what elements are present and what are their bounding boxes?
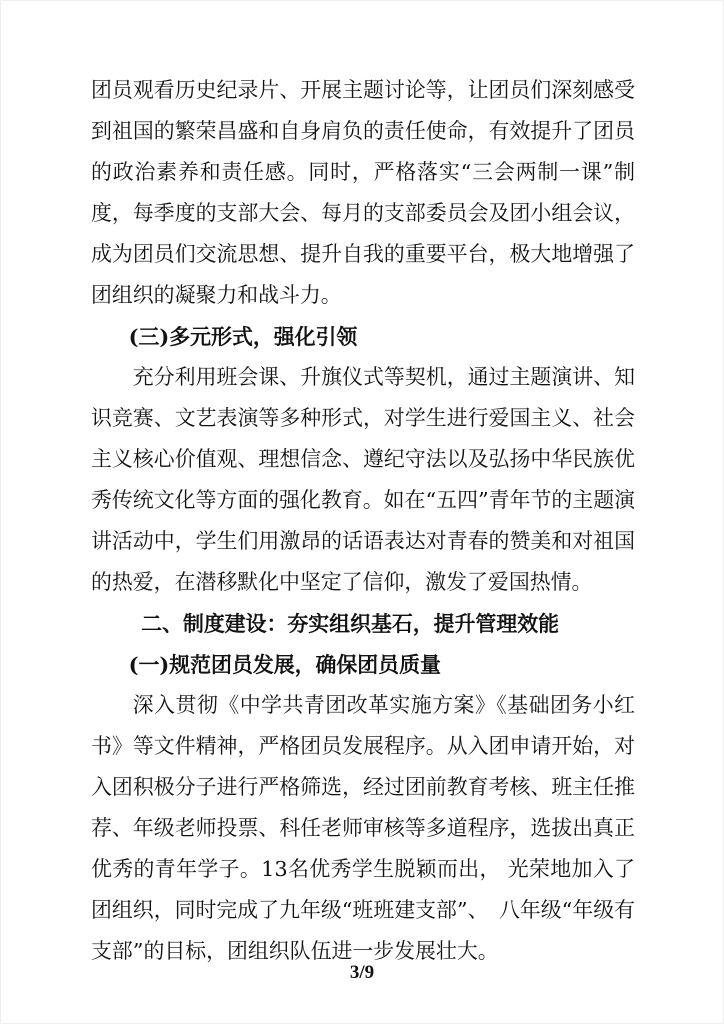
- heading-part-2-institution-building: 二、制度建设：夯实组织基石，提升管理效能: [91, 603, 635, 644]
- paragraph-ideology-education: 团员观看历史纪录片、开展主题讨论等，让团员们深刻感受到祖国的繁荣昌盛和自身肩负的…: [91, 70, 635, 316]
- heading-section-1-member-development: (一)规范团员发展，确保团员质量: [91, 644, 635, 685]
- document-body: 团员观看历史纪录片、开展主题讨论等，让团员们深刻感受到祖国的繁荣昌盛和自身肩负的…: [91, 70, 635, 972]
- document-page: 团员观看历史纪录片、开展主题讨论等，让团员们深刻感受到祖国的繁荣昌盛和自身肩负的…: [0, 0, 724, 1024]
- page-number: 3/9: [1, 961, 723, 985]
- paragraph-member-recruitment: 深入贯彻《中学共青团改革实施方案》《基础团务小红书》等文件精神，严格团员发展程序…: [91, 685, 635, 972]
- paragraph-class-activities: 充分利用班会课、升旗仪式等契机，通过主题演讲、知识竞赛、文艺表演等多种形式，对学…: [91, 357, 635, 603]
- heading-section-3-multi-forms: (三)多元形式，强化引领: [91, 316, 635, 357]
